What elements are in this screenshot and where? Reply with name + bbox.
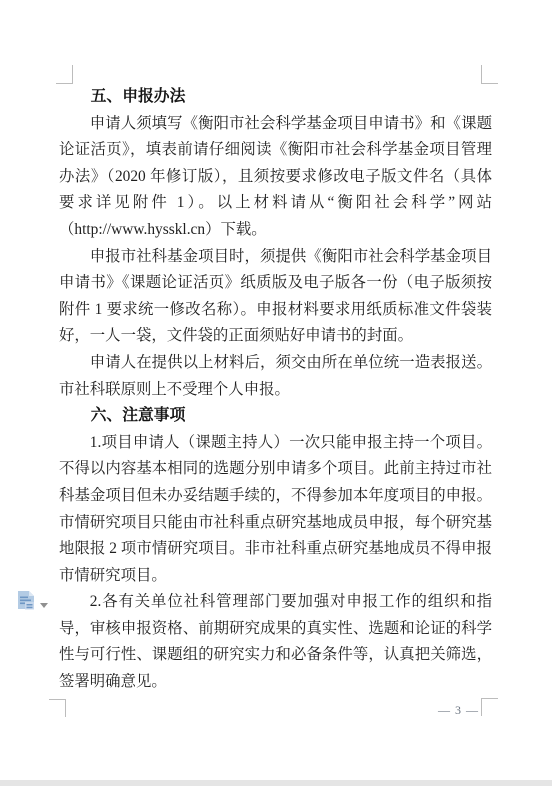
- dropdown-arrow-icon: [40, 603, 48, 608]
- page-number: — 3 —: [438, 702, 479, 718]
- margin-cropmark-bottom-right: [481, 698, 498, 716]
- paste-options-button[interactable]: [17, 591, 48, 617]
- clipboard-document-icon: [17, 591, 35, 617]
- paragraph-unit-submission: 申请人在提供以上材料后，须交由所在单位统一造表报送。市社科联原则上不受理个人申报…: [59, 350, 492, 403]
- paragraph-application-forms: 申请人须填写《衡阳市社会科学基金项目申请书》和《课题论证活页》，填表前请仔细阅读…: [59, 111, 492, 244]
- paragraph-note-2: 2.各有关单位社科管理部门要加强对申报工作的组织和指导，审核申报资格、前期研究成…: [59, 589, 492, 695]
- margin-cropmark-bottom-left: [49, 699, 66, 717]
- paragraph-note-1: 1.项目申请人（课题主持人）一次只能申报主持一个项目。不得以内容基本相同的选题分…: [59, 430, 492, 590]
- paragraph-submission-materials: 申报市社科基金项目时，须提供《衡阳市社会科学基金项目申请书》《课题论证活页》纸质…: [59, 244, 492, 350]
- canvas-edge-strip: [0, 780, 552, 786]
- margin-cropmark-top-left: [56, 65, 73, 84]
- document-body: 五、申报办法 申请人须填写《衡阳市社会科学基金项目申请书》和《课题论证活页》，填…: [59, 84, 492, 696]
- margin-cropmark-top-right: [481, 65, 498, 84]
- section-heading-notes: 六、注意事项: [59, 403, 492, 430]
- section-heading-application-method: 五、申报办法: [59, 84, 492, 111]
- document-page: 五、申报办法 申请人须填写《衡阳市社会科学基金项目申请书》和《课题论证活页》，填…: [0, 0, 552, 786]
